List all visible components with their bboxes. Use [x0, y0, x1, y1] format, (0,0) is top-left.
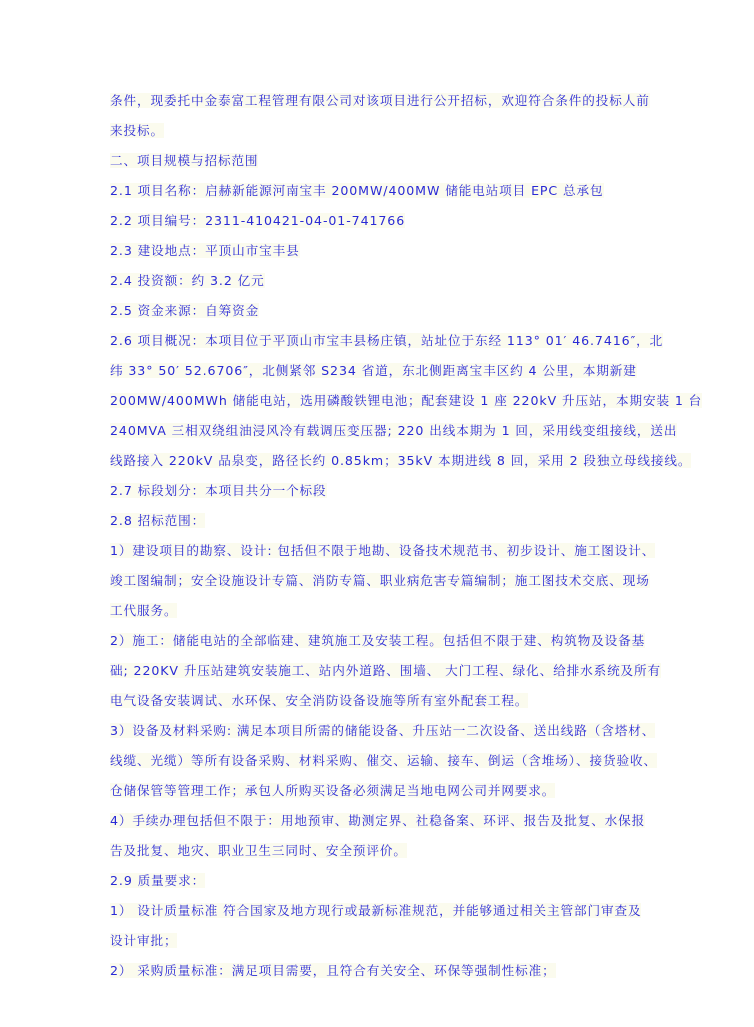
line-text: 3）设备及材料采购: 满足本项目所需的储能设备、升压站一二次设备、送出线路（含塔…: [110, 723, 655, 738]
project-overview-3: 200MW/400MWh 储能电站，选用磷酸铁锂电池；配套建设 1 座 220k…: [110, 386, 650, 416]
line-text: 告及批复、地灾、职业卫生三同时、安全预评价。: [110, 843, 407, 858]
line-text: 4）手续办理包括但不限于：用地预审、勘测定界、社稳备案、环评、报告及批复、水保报: [110, 813, 645, 828]
line-text: 条件，现委托中金泰富工程管理有限公司对该项目进行公开招标，欢迎符合条件的投标人前: [110, 93, 650, 108]
line-text: 200MW/400MWh 储能电站，选用磷酸铁锂电池；配套建设 1 座 220k…: [110, 393, 702, 408]
line-text: 1）建设项目的勘察、设计: 包括但不限于地勘、设备技术规范书、初步设计、施工图设…: [110, 543, 655, 558]
line-text: 2.1 项目名称：启赫新能源河南宝丰 200MW/400MW 储能电站项目 EP…: [110, 183, 604, 198]
line-text: 2.6 项目概况：本项目位于平顶山市宝丰县杨庄镇，站址位于东经 113° 01′…: [110, 333, 663, 348]
line-text: 1） 设计质量标准 符合国家及地方现行或最新标准规范，并能够通过相关主管部门审查…: [110, 903, 641, 918]
scope-item-1c: 工代服务。: [110, 596, 650, 626]
line-text: 240MVA 三相双绕组油浸风冷有载调压变压器; 220 出线本期为 1 回，采…: [110, 423, 677, 438]
investment-amount: 2.4 投资额：约 3.2 亿元: [110, 266, 650, 296]
line-text: 2.8 招标范围：: [110, 513, 205, 528]
scope-item-3c: 仓储保管等管理工作；承包人所购买设备必须满足当地电网公司并网要求。: [110, 776, 650, 806]
scope-item-4a: 4）手续办理包括但不限于：用地预审、勘测定界、社稳备案、环评、报告及批复、水保报: [110, 806, 650, 836]
project-number: 2.2 项目编号：2311-410421-04-01-741766: [110, 206, 650, 236]
line-text: 础; 220KV 升压站建筑安装施工、站内外道路、围墙、 大门工程、绿化、给排水…: [110, 663, 661, 678]
heading-text: 二、项目规模与招标范围: [110, 153, 258, 168]
line-text: 2.4 投资额：约 3.2 亿元: [110, 273, 265, 288]
line-text: 2） 采购质量标准：满足项目需要，且符合有关安全、环保等强制性标准；: [110, 963, 556, 978]
scope-item-3a: 3）设备及材料采购: 满足本项目所需的储能设备、升压站一二次设备、送出线路（含塔…: [110, 716, 650, 746]
scope-item-2a: 2）施工：储能电站的全部临建、建筑施工及安装工程。包括但不限于建、构筑物及设备基: [110, 626, 650, 656]
project-overview-5: 线路接入 220kV 品泉变，路径长约 0.85km；35kV 本期进线 8 回…: [110, 446, 650, 476]
text-line-1: 条件，现委托中金泰富工程管理有限公司对该项目进行公开招标，欢迎符合条件的投标人前: [110, 86, 650, 116]
quality-item-2: 2） 采购质量标准：满足项目需要，且符合有关安全、环保等强制性标准；: [110, 956, 650, 986]
scope-item-4b: 告及批复、地灾、职业卫生三同时、安全预评价。: [110, 836, 650, 866]
line-text: 2.3 建设地点：平顶山市宝丰县: [110, 243, 300, 258]
scope-item-2c: 电气设备安装调试、水环保、安全消防设备设施等所有室外配套工程。: [110, 686, 650, 716]
line-text: 2.9 质量要求：: [110, 873, 205, 888]
section-division: 2.7 标段划分：本项目共分一个标段: [110, 476, 650, 506]
line-text: 纬 33° 50′ 52.6706″，北侧紧邻 S234 省道，东北侧距离宝丰区…: [110, 363, 637, 378]
line-text: 电气设备安装调试、水环保、安全消防设备设施等所有室外配套工程。: [110, 693, 528, 708]
project-overview-2: 纬 33° 50′ 52.6706″，北侧紧邻 S234 省道，东北侧距离宝丰区…: [110, 356, 650, 386]
line-text: 2.5 资金来源：自筹资金: [110, 303, 259, 318]
line-text: 2）施工：储能电站的全部临建、建筑施工及安装工程。包括但不限于建、构筑物及设备基: [110, 633, 645, 648]
line-text: 设计审批；: [110, 933, 177, 948]
line-text: 竣工图编制；安全设施设计专篇、消防专篇、职业病危害专篇编制；施工图技术交底、现场: [110, 573, 650, 588]
line-text: 仓储保管等管理工作；承包人所购买设备必须满足当地电网公司并网要求。: [110, 783, 555, 798]
scope-item-2b: 础; 220KV 升压站建筑安装施工、站内外道路、围墙、 大门工程、绿化、给排水…: [110, 656, 650, 686]
line-text: 工代服务。: [110, 603, 177, 618]
line-text: 2.7 标段划分：本项目共分一个标段: [110, 483, 327, 498]
project-overview-1: 2.6 项目概况：本项目位于平顶山市宝丰县杨庄镇，站址位于东经 113° 01′…: [110, 326, 650, 356]
scope-item-1a: 1）建设项目的勘察、设计: 包括但不限于地勘、设备技术规范书、初步设计、施工图设…: [110, 536, 650, 566]
line-text: 线路接入 220kV 品泉变，路径长约 0.85km；35kV 本期进线 8 回…: [110, 453, 691, 468]
scope-item-1b: 竣工图编制；安全设施设计专篇、消防专篇、职业病危害专篇编制；施工图技术交底、现场: [110, 566, 650, 596]
quality-heading: 2.9 质量要求：: [110, 866, 650, 896]
scope-item-3b: 线缆、光缆）等所有设备采购、材料采购、催交、运输、接车、倒运（含堆场）、接货验收…: [110, 746, 650, 776]
line-text: 来投标。: [110, 123, 164, 138]
project-overview-4: 240MVA 三相双绕组油浸风冷有载调压变压器; 220 出线本期为 1 回，采…: [110, 416, 650, 446]
project-name: 2.1 项目名称：启赫新能源河南宝丰 200MW/400MW 储能电站项目 EP…: [110, 176, 650, 206]
line-text: 线缆、光缆）等所有设备采购、材料采购、催交、运输、接车、倒运（含堆场）、接货验收…: [110, 753, 657, 768]
document-page: 条件，现委托中金泰富工程管理有限公司对该项目进行公开招标，欢迎符合条件的投标人前…: [110, 86, 650, 986]
quality-item-1b: 设计审批；: [110, 926, 650, 956]
line-text: 2.2 项目编号：2311-410421-04-01-741766: [110, 213, 405, 228]
section-heading: 二、项目规模与招标范围: [110, 146, 650, 176]
fund-source: 2.5 资金来源：自筹资金: [110, 296, 650, 326]
text-line-2: 来投标。: [110, 116, 650, 146]
tender-scope-heading: 2.8 招标范围：: [110, 506, 650, 536]
quality-item-1a: 1） 设计质量标准 符合国家及地方现行或最新标准规范，并能够通过相关主管部门审查…: [110, 896, 650, 926]
construction-location: 2.3 建设地点：平顶山市宝丰县: [110, 236, 650, 266]
